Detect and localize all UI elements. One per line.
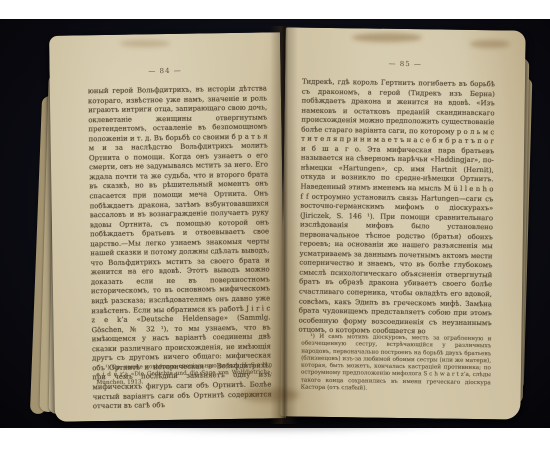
book-photo: — 84 — юный герой Вольфдитрихъ, въ истор… <box>0 0 550 450</box>
right-page-text: Тидрекѣ, гдѣ король Гертнитъ погибаетъ в… <box>298 78 495 338</box>
right-page-number: — 85 — <box>285 58 525 69</box>
left-page-footnote: ¹) Ср. также новѣйшую спеціальную работу… <box>96 362 272 387</box>
right-page: — 85 — Тидрекѣ, гдѣ король Гертнитъ поги… <box>280 27 525 419</box>
left-page: — 84 — юный герой Вольфдитрихъ, въ истор… <box>49 32 286 422</box>
right-page-footnote: ¹) И самъ мотивъ діоскуровъ, месть за ог… <box>301 334 492 395</box>
open-book: — 84 — юный герой Вольфдитрихъ, въ истор… <box>0 0 550 450</box>
left-page-number: — 84 — <box>50 65 281 77</box>
